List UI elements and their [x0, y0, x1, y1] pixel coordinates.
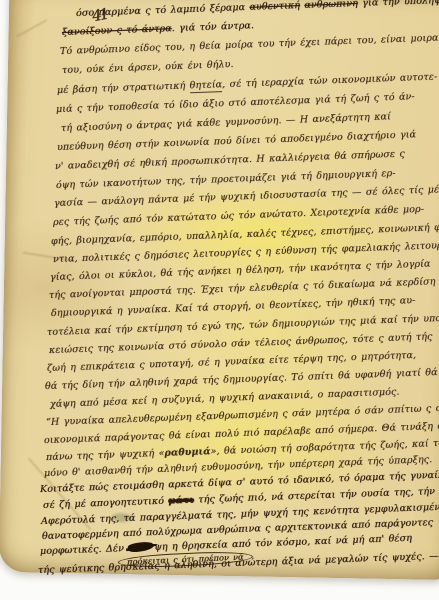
ink-blot: [128, 541, 155, 554]
struck-out-text: μάτι: [168, 495, 194, 507]
handwritten-text: , σέ τή ιεραρχία τών οικονομικών αυτοτε-: [222, 71, 437, 90]
manuscript-lines: όσο παρμένα ς τό λαμπιό ξέραμα αυθεντική…: [0, 0, 439, 600]
handwritten-text: όσο παρμένα ς τό λαμπιό ξέραμα: [76, 2, 250, 19]
struck-out-text: ξανοίξουν ς τό άντρα: [62, 23, 172, 38]
handwritten-text: μορφωτικές. Δέν: [40, 543, 129, 557]
handwritten-text: πάνω της τήν ψυχική «: [46, 448, 165, 463]
handwritten-text: μέ βάση τήν στρατιωτική: [57, 80, 190, 96]
handwritten-text: γιά τήν υπόληψη: [358, 0, 439, 9]
struck-out-text: αυθεντική: [249, 0, 300, 13]
handwritten-text: σέ ζή μέ απογοητευτικό: [43, 496, 169, 511]
manuscript-line: ξανοίξουν ς τό άντρα. γιά τόν άντρα.: [62, 20, 254, 39]
emphasized-text: ραθυμιά: [164, 446, 210, 459]
handwritten-text: του, ούκ ένι άρσεν, ούκ ένι θήλυ.: [62, 59, 234, 76]
struck-out-text: ανθρωπινή: [304, 0, 358, 11]
underlined-text: θητεία: [189, 79, 222, 93]
manuscript-line: όσο παρμένα ς τό λαμπιό ξέραμα αυθεντική…: [76, 0, 439, 20]
handwritten-text: . γιά τόν άντρα.: [171, 20, 254, 34]
handwritten-text: τή αξιοσύνη ο άντρας γιά κάθε γυμνοσύνη.…: [61, 111, 391, 134]
manuscript-line: του, ούκ ένι άρσεν, ούκ ένι θήλυ.: [62, 59, 234, 77]
